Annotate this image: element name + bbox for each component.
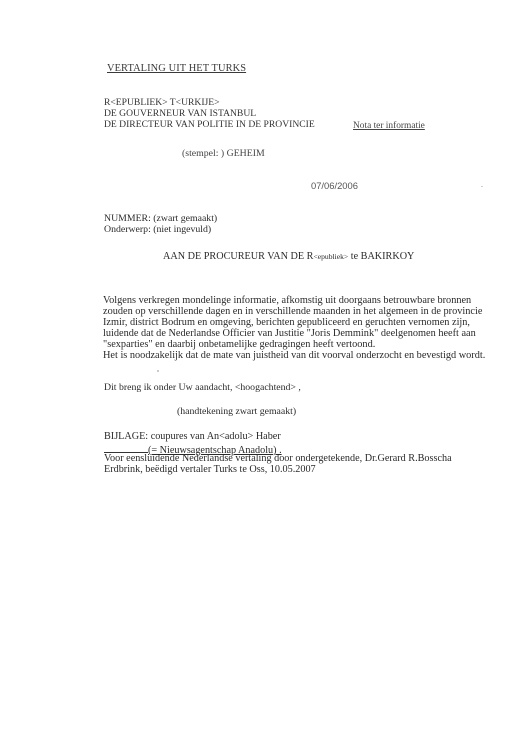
- addressee-prefix: AAN DE PROCUREUR VAN DE R: [163, 251, 313, 262]
- document-title: VERTALING UIT HET TURKS: [107, 63, 246, 75]
- signature-note: (handtekening zwart gemaakt): [177, 406, 296, 418]
- nota-label: Nota ter informatie: [353, 120, 425, 132]
- addressee-suffix: te BAKIRKOY: [348, 251, 414, 262]
- translator-line: Erdbrink, beëdigd vertaler Turks te Oss,…: [104, 464, 316, 476]
- scan-dot: [157, 370, 159, 372]
- attachment-line: BIJLAGE: coupures van An<adolu> Haber: [104, 431, 281, 443]
- body-line: Het is noodzakelijk dat de mate van juis…: [103, 350, 485, 362]
- document-date: 07/06/2006: [311, 180, 358, 192]
- header-police-director: DE DIRECTEUR VAN POLITIE IN DE PROVINCIE: [104, 119, 315, 131]
- blank-underline: [104, 443, 148, 453]
- document-page: VERTALING UIT HET TURKS R<EPUBLIEK> T<UR…: [0, 0, 529, 751]
- scan-speck: [481, 186, 483, 187]
- closing-line: Dit breng ik onder Uw aandacht, <hoogach…: [104, 382, 301, 394]
- addressee-abbrev: <epubliek>: [313, 252, 348, 261]
- stamp-secret: (stempel: ) GEHEIM: [182, 148, 265, 160]
- subject-line: Onderwerp: (niet ingevuld): [104, 224, 211, 236]
- addressee: AAN DE PROCUREUR VAN DE R<epubliek> te B…: [163, 251, 414, 263]
